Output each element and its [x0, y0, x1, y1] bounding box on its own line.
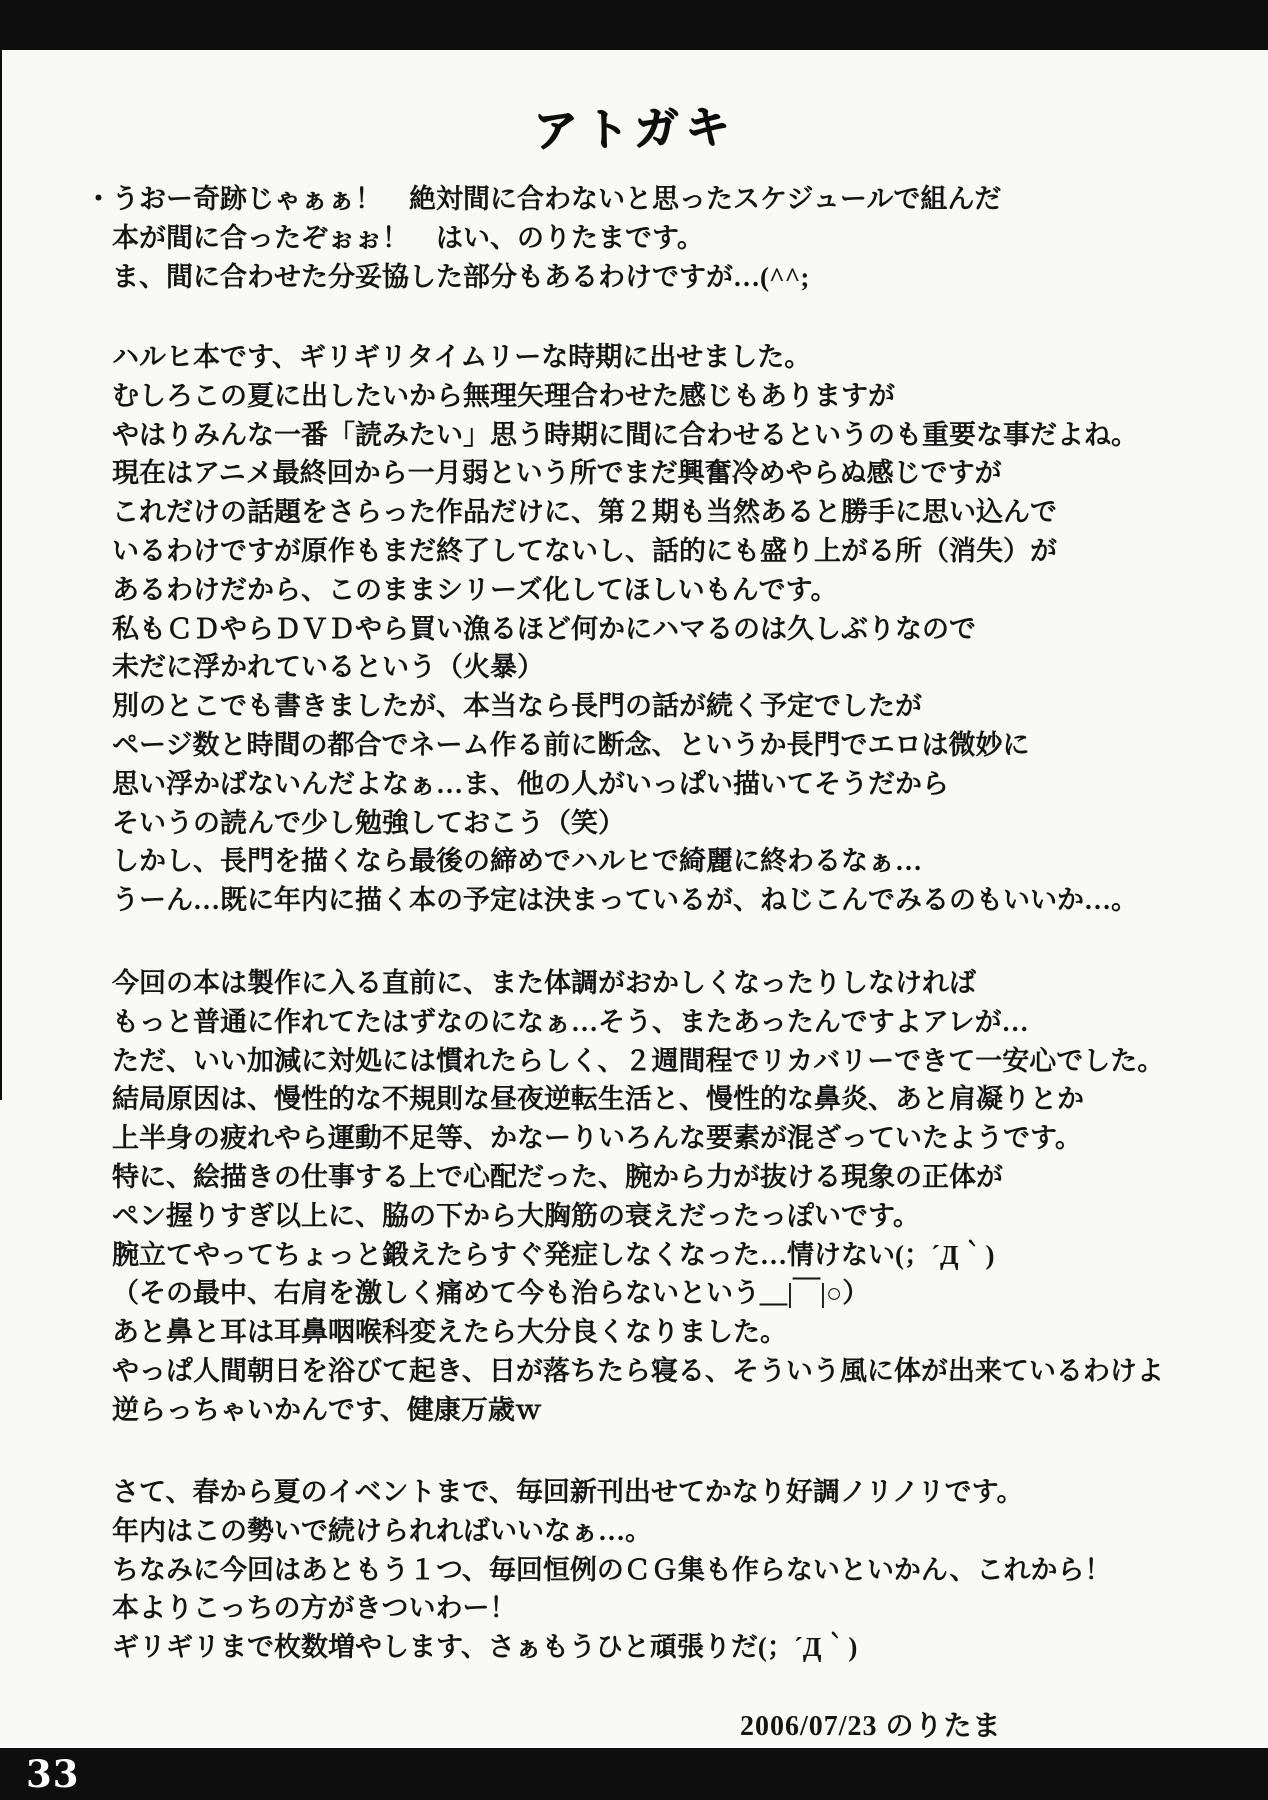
text-line: 特に、絵描きの仕事する上で心配だった、腕から力が抜ける現象の正体が — [112, 1158, 1192, 1197]
scanned-afterword-page: アトガキ ・うおー奇跡じゃぁぁ！ 絶対間に合わないと思ったスケジュールで組んだ本… — [0, 0, 1268, 1800]
text-line: あと鼻と耳は耳鼻咽喉科変えたら大分良くなりました。 — [112, 1313, 1192, 1352]
text-line: ちなみに今回はあともう１つ、毎回恒例のＣＧ集も作らないといかん、これから！ — [112, 1551, 1192, 1590]
text-line: 本が間に合ったぞぉぉ！ はい、のりたまです。 — [112, 219, 1192, 258]
text-line: 上半身の疲れやら運動不足等、かなーりいろんな要素が混ざっていたようです。 — [112, 1119, 1192, 1158]
text-line: そいうの読んで少し勉強しておこう（笑） — [112, 804, 1192, 843]
text-line: あるわけだから、このままシリーズ化してほしいもんです。 — [112, 571, 1192, 610]
text-line: うーん…既に年内に描く本の予定は決まっているが、ねじこんでみるのもいいか…。 — [112, 881, 1192, 920]
text-line: 今回の本は製作に入る直前に、また体調がおかしくなったりしなければ — [112, 964, 1192, 1003]
text-line: 思い浮かばないんだよなぁ…ま、他の人がいっぱい描いてそうだから — [112, 765, 1192, 804]
text-line: 腕立てやってちょっと鍛えたらすぐ発症しなくなった…情けない(；´Д｀) — [112, 1236, 1192, 1275]
text-line: 未だに浮かれているという（火暴） — [112, 648, 1192, 687]
scan-border-top — [0, 0, 1268, 50]
afterword-paragraph-closing: さて、春から夏のイベントまで、毎回新刊出せてかなり好調ノリノリです。年内はこの勢… — [112, 1473, 1192, 1667]
page-title: アトガキ — [0, 79, 1268, 171]
afterword-paragraph-intro: ・うおー奇跡じゃぁぁ！ 絶対間に合わないと思ったスケジュールで組んだ本が間に合っ… — [112, 180, 1192, 296]
text-line: ページ数と時間の都合でネーム作る前に断念、というか長門でエロは微妙に — [112, 726, 1192, 765]
page-number: 33 — [26, 1752, 80, 1796]
text-line: 逆らっちゃいかんです、健康万歳ｗ — [112, 1391, 1192, 1430]
scan-border-bottom — [0, 1748, 1268, 1800]
text-line: 本よりこっちの方がきついわー！ — [112, 1589, 1192, 1628]
date-signature: 2006/07/23 のりたま — [740, 1704, 1002, 1744]
text-line: 結局原因は、慢性的な不規則な昼夜逆転生活と、慢性的な鼻炎、あと肩凝りとか — [112, 1080, 1192, 1119]
text-line: やはりみんな一番「読みたい」思う時期に間に合わせるというのも重要な事だよね。 — [112, 416, 1192, 455]
text-line: 現在はアニメ最終回から一月弱という所でまだ興奮冷めやらぬ感じですが — [112, 454, 1192, 493]
text-line: しかし、長門を描くなら最後の締めでハルヒで綺麗に終わるなぁ… — [112, 842, 1192, 881]
text-line: ま、間に合わせた分妥協した部分もあるわけですが…(^^; — [112, 258, 1192, 297]
afterword-paragraph-health: 今回の本は製作に入る直前に、また体調がおかしくなったりしなければもっと普通に作れ… — [112, 964, 1192, 1430]
text-line: （その最中、右肩を激しく痛めて今も治らないという＿|￣|○） — [112, 1274, 1192, 1313]
text-line: ペン握りすぎ以上に、脇の下から大胸筋の衰えだったっぽいです。 — [112, 1197, 1192, 1236]
text-line: 私もＣＤやらＤＶＤやら買い漁るほど何かにハマるのは久しぶりなので — [112, 610, 1192, 649]
text-line: もっと普通に作れてたはずなのになぁ…そう、またあったんですよアレが… — [112, 1003, 1192, 1042]
text-line: むしろこの夏に出したいから無理矢理合わせた感じもありますが — [112, 377, 1192, 416]
text-line: 年内はこの勢いで続けられればいいなぁ…。 — [112, 1512, 1192, 1551]
text-line: やっぱ人間朝日を浴びて起き、日が落ちたら寝る、そういう風に体が出来ているわけよ — [112, 1352, 1192, 1391]
text-line: さて、春から夏のイベントまで、毎回新刊出せてかなり好調ノリノリです。 — [112, 1473, 1192, 1512]
text-line: ハルヒ本です、ギリギリタイムリーな時期に出せました。 — [112, 338, 1192, 377]
text-line: これだけの話題をさらった作品だけに、第２期も当然あると勝手に思い込んで — [112, 493, 1192, 532]
afterword-paragraph-haruhi: ハルヒ本です、ギリギリタイムリーな時期に出せました。むしろこの夏に出したいから無… — [112, 338, 1192, 920]
text-line: いるわけですが原作もまだ終了してないし、話的にも盛り上がる所（消失）が — [112, 532, 1192, 571]
text-line: 別のとこでも書きましたが、本当なら長門の話が続く予定でしたが — [112, 687, 1192, 726]
text-line: ギリギリまで枚数増やします、さぁもうひと頑張りだ(；´Д｀) — [112, 1628, 1192, 1667]
text-line: ただ、いい加減に対処には慣れたらしく、２週間程でリカバリーできて一安心でした。 — [112, 1042, 1192, 1081]
text-line: ・うおー奇跡じゃぁぁ！ 絶対間に合わないと思ったスケジュールで組んだ — [112, 180, 1192, 219]
